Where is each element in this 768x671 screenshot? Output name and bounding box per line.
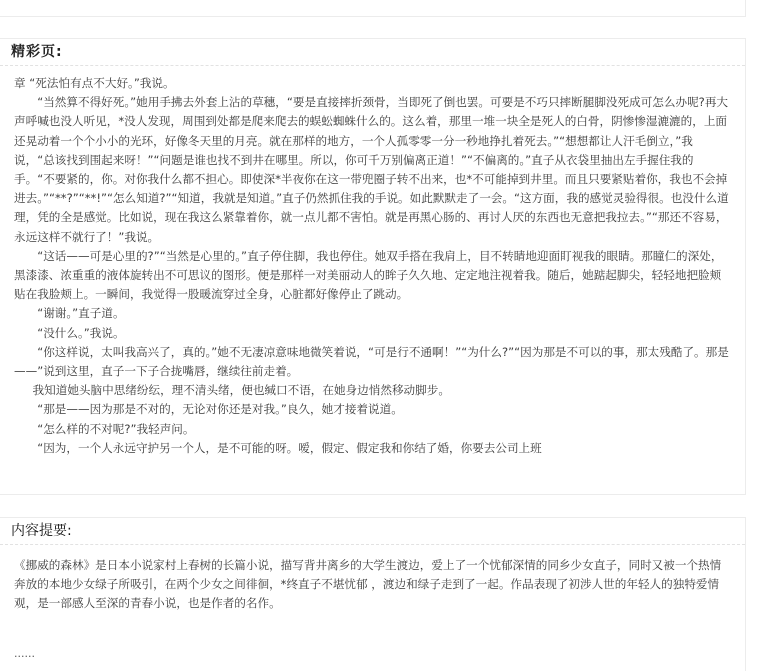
summary-body: 《挪威的森林》是日本小说家村上春树的长篇小说，描写背井离乡的大学生渡边，爱上了一… <box>0 545 745 663</box>
summary-ellipsis: ...... <box>14 644 731 663</box>
summary-title: 内容提要: <box>11 523 72 539</box>
summary-header: 内容提要: <box>0 518 745 545</box>
excerpt-paragraph: “谢谢。”直子道。 <box>14 304 731 323</box>
excerpt-paragraph: “当然算不得好死。”她用手拂去外套上沾的草穗，“要是直接摔折颈骨，当即死了倒也罢… <box>14 93 731 247</box>
excerpt-section: 精彩页: 章 “死法怕有点不大好。”我说。 “当然算不得好死。”她用手拂去外套上… <box>0 38 746 495</box>
summary-section: 内容提要: 《挪威的森林》是日本小说家村上春树的长篇小说，描写背井离乡的大学生渡… <box>0 517 746 671</box>
excerpt-title: 精彩页: <box>11 44 63 60</box>
excerpt-paragraph: “那是——因为那是不对的，无论对你还是对我。”良久，她才接着说道。 <box>14 400 731 419</box>
excerpt-paragraph: 我知道她头脑中思绪纷纭，理不清头绪，便也缄口不语，在她身边悄然移动脚步。 <box>14 381 731 400</box>
previous-section-panel <box>0 0 746 17</box>
excerpt-header: 精彩页: <box>0 39 745 66</box>
excerpt-body: 章 “死法怕有点不大好。”我说。 “当然算不得好死。”她用手拂去外套上沾的草穗，… <box>0 66 745 458</box>
summary-paragraph: 《挪威的森林》是日本小说家村上春树的长篇小说，描写背井离乡的大学生渡边，爱上了一… <box>14 556 731 614</box>
excerpt-paragraph: “你这样说，太叫我高兴了，真的。”她不无凄凉意味地微笑着说，“可是行不通啊！”“… <box>14 343 731 381</box>
excerpt-paragraph: “没什么。”我说。 <box>14 324 731 343</box>
excerpt-paragraph: “这话——可是心里的?”“当然是心里的。”直子停住脚，我也停住。她双手搭在我肩上… <box>14 247 731 305</box>
excerpt-paragraph: 章 “死法怕有点不大好。”我说。 <box>14 74 731 93</box>
excerpt-paragraph: “因为，一个人永远守护另一个人，是不可能的呀。嗳，假定、假定我和你结了婚，你要去… <box>14 439 731 458</box>
excerpt-paragraph: “怎么样的不对呢?”我轻声问。 <box>14 420 731 439</box>
